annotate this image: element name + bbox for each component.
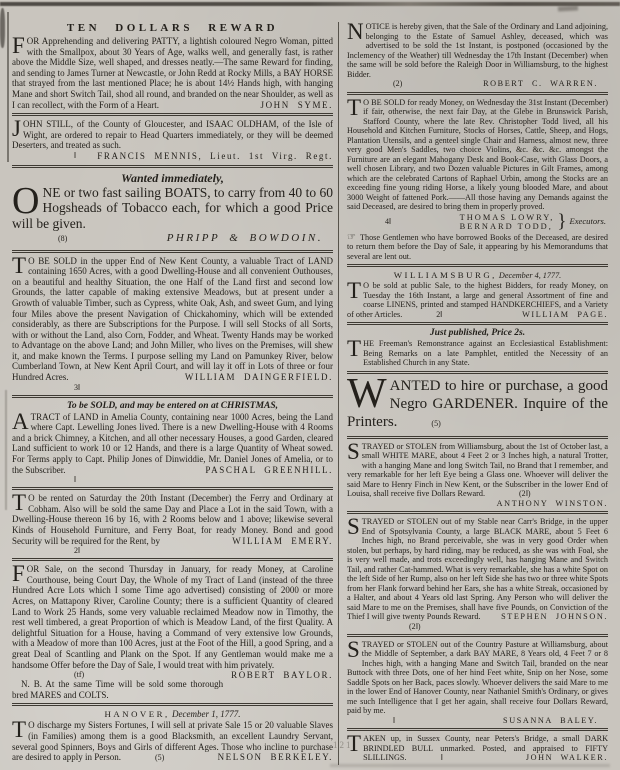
advert-dateline: HANOVER, December 1, 1777. — [12, 709, 333, 720]
insertion-mark: 2‖ — [74, 546, 333, 555]
insertion-mark: 3‖ — [74, 383, 333, 392]
advert-amelia-tract: To be SOLD, and may be entered on at CHR… — [12, 395, 333, 485]
advert-taken-up-bull: TAKEN up, in Sussex County, near Peters'… — [347, 728, 608, 763]
advert-text: HE Freeman's Remonstrance against an Ecc… — [363, 339, 608, 367]
advert-linens-sale: WILLIAMSBURG, December 4, 1777. TO be so… — [347, 264, 608, 319]
advert-body: WANTED to hire or purchase, a good Negro… — [347, 377, 608, 433]
drop-cap: T — [12, 256, 28, 276]
drop-cap: T — [12, 493, 28, 513]
right-column: NOTICE is hereby given, that the Sale of… — [338, 22, 608, 765]
manicule-icon: ☞ — [347, 232, 356, 243]
advert-body: THE Freeman's Remonstrance against an Ec… — [347, 339, 608, 368]
drop-cap: F — [12, 36, 27, 56]
scan-artifact-top-right-smudge — [558, 5, 578, 11]
insertion-mark: ‖ — [441, 753, 443, 763]
newspaper-page: TEN DOLLARS REWARD FOR Apprehending and … — [0, 0, 620, 770]
advert-john-still: JOHN STILL, of the County of Gloucester,… — [12, 113, 333, 161]
dateline-place: WILLIAMSBURG, — [394, 270, 497, 280]
advert-boats-wanted: Wanted immediately, ONE or two fast sail… — [12, 165, 333, 247]
advert-signature: JOHN SYME. — [260, 100, 333, 111]
drop-cap: J — [12, 119, 23, 139]
brace-glyph: } — [557, 213, 566, 231]
advert-heading: Just published, Price 2s. — [347, 328, 608, 339]
advert-body: TAKEN up, in Sussex County, near Peters'… — [347, 734, 608, 763]
scan-artifact-left-edge-2 — [5, 390, 7, 510]
insertion-mark: (8) — [58, 231, 67, 247]
advert-signature: FRANCIS MENNIS, Lieut. 1st Virg. Regt. — [97, 151, 333, 162]
advert-signature: WILLIAM EMERY. — [232, 536, 333, 547]
dateline-date: December 4, 1777. — [499, 271, 561, 280]
column-container: TEN DOLLARS REWARD FOR Apprehending and … — [12, 22, 608, 765]
advert-body: TO discharge my Sisters Fortunes, I will… — [12, 720, 333, 763]
advert-strayed-bay-mare: STRAYED or STOLEN out of the Country Pas… — [347, 634, 608, 726]
advert-signature: SUSANNA BALEY. — [503, 716, 598, 726]
scan-artifact-top-streak — [0, 2, 620, 6]
insertion-mark: (2) — [393, 79, 402, 89]
drop-cap: N — [347, 22, 366, 42]
advert-glebe-estate-sale: TO BE SOLD for ready Money, on Wednesday… — [347, 92, 608, 262]
scan-artifact-left-edge — [7, 12, 9, 162]
advert-body: NOTICE is hereby given, that the Sale of… — [347, 22, 608, 79]
advert-text: TRAYED or STOLEN from Williamsburg, abou… — [347, 442, 608, 499]
executor-role: Executors. — [569, 217, 606, 227]
advert-body: JOHN STILL, of the County of Gloucester,… — [12, 119, 333, 151]
advert-headline: TEN DOLLARS REWARD — [12, 22, 333, 35]
dateline-date: December 1, 1777. — [172, 709, 240, 719]
advert-heading: Wanted immediately, — [12, 171, 333, 185]
advert-signature: JOHN WALKER. — [526, 753, 608, 763]
insertion-mark: (5) — [431, 415, 440, 433]
advert-body: STRAYED or STOLEN out of the Country Pas… — [347, 640, 608, 716]
page-number: 121 — [333, 740, 353, 750]
insertion-mark: (5) — [155, 753, 164, 764]
advert-hanover-slaves: HANOVER, December 1, 1777. TO discharge … — [12, 703, 333, 763]
insertion-mark: ‖ — [74, 475, 333, 484]
advert-text: TRAYED or STOLEN out of my Stable near C… — [347, 517, 608, 621]
insertion-mark: 2‖ — [436, 310, 442, 320]
advert-body: TO BE SOLD in the upper End of New Kent … — [12, 256, 333, 383]
drop-cap: S — [347, 442, 362, 462]
advert-body: TO be sold at public Sale, to the highes… — [347, 281, 608, 319]
note-text: Those Gentlemen who have borrowed Books … — [347, 233, 608, 261]
advert-signature: PASCHAL GREENHILL. — [205, 465, 333, 476]
advert-text: O BE SOLD for ready Money, on Wednesday … — [347, 98, 608, 212]
advert-note: ☞Those Gentlemen who have borrowed Books… — [347, 233, 608, 262]
advert-body: STRAYED or STOLEN out of my Stable near … — [347, 517, 608, 622]
executor-name: BERNARD TODD, — [460, 222, 555, 232]
insertion-mark: (2‖) — [519, 489, 531, 499]
drop-cap: T — [12, 720, 28, 740]
advert-signature: WILLIAM DAINGERFIELD. — [185, 372, 333, 383]
signature-row: (2) ROBERT C. WARREN. — [347, 79, 608, 89]
insertion-mark: 4‖ — [385, 217, 391, 227]
advert-text: NE or two fast sailing BOATS, to carry f… — [12, 185, 333, 231]
advert-gardener-wanted: WANTED to hire or purchase, a good Negro… — [347, 371, 608, 433]
drop-cap: S — [347, 517, 362, 537]
executors-block: 4‖ THOMAS LOWRY, BERNARD TODD, } Executo… — [347, 213, 606, 232]
advert-signature: PHRIPP & BOWDOIN. — [167, 231, 323, 247]
advert-text: OR Apprehending and delivering PATTY, a … — [12, 36, 333, 110]
signature-row: ‖ SUSANNA BALEY. — [347, 716, 608, 726]
advert-ten-dollars-reward: TEN DOLLARS REWARD FOR Apprehending and … — [12, 22, 333, 110]
executor-names: THOMAS LOWRY, BERNARD TODD, — [460, 213, 555, 232]
drop-cap: F — [12, 564, 27, 584]
executor-name: THOMAS LOWRY, — [460, 213, 555, 223]
advert-signature: NELSON BERKELEY. — [218, 752, 333, 763]
advert-signature: ROBERT BAYLOR. — [231, 670, 333, 681]
advert-strayed-black-mare: STRAYED or STOLEN out of my Stable near … — [347, 511, 608, 631]
advert-signature: STEPHEN JOHNSON. — [501, 612, 608, 622]
advert-postscript: N. B. At the same Time will be sold some… — [12, 679, 333, 700]
advert-signature: ROBERT C. WARREN. — [483, 79, 598, 89]
advert-signature: ANTHONY WINSTON. — [497, 499, 608, 509]
advert-ashley-sale-notice: NOTICE is hereby given, that the Sale of… — [347, 22, 608, 89]
advert-strayed-white-mare: STRAYED or STOLEN from Williamsburg, abo… — [347, 436, 608, 509]
drop-cap: T — [347, 339, 363, 359]
advert-body: FOR Sale, on the second Thursday in Janu… — [12, 564, 333, 670]
advert-body: STRAYED or STOLEN from Williamsburg, abo… — [347, 442, 608, 499]
advert-cobham-ferry: TO be rented on Saturday the 20th Instan… — [12, 487, 333, 555]
advert-text: OR Sale, on the second Thursday in Janua… — [12, 564, 333, 669]
advert-body: TO BE SOLD for ready Money, on Wednesday… — [347, 98, 608, 212]
advert-new-kent-land: TO BE SOLD in the upper End of New Kent … — [12, 250, 333, 392]
advert-text: TRAYED or STOLEN out of the Country Past… — [347, 640, 608, 716]
drop-cap: S — [347, 640, 362, 660]
advert-caroline-sale: FOR Sale, on the second Thursday in Janu… — [12, 558, 333, 700]
signature-row: (8) PHRIPP & BOWDOIN. — [12, 231, 333, 247]
drop-cap: O — [12, 185, 42, 216]
advert-text: OHN STILL, of the County of Gloucester, … — [12, 119, 333, 150]
advert-text: O BE SOLD in the upper End of New Kent C… — [12, 256, 333, 383]
drop-cap: T — [347, 281, 363, 301]
insertion-mark: (2‖) — [409, 622, 608, 631]
advert-body: ATRACT of LAND in Amelia County, contain… — [12, 412, 333, 476]
left-column: TEN DOLLARS REWARD FOR Apprehending and … — [12, 22, 338, 765]
advert-text: OTICE is hereby given, that the Sale of … — [347, 22, 608, 79]
advert-dateline: WILLIAMSBURG, December 4, 1777. — [347, 270, 608, 281]
drop-cap: A — [12, 412, 31, 432]
advert-heading: To be SOLD, and may be entered on at CHR… — [12, 401, 333, 412]
drop-cap: W — [347, 377, 390, 411]
advert-body: FOR Apprehending and delivering PATTY, a… — [12, 36, 333, 110]
insertion-mark: ‖ — [393, 716, 395, 726]
advert-pamphlet-published: Just published, Price 2s. THE Freeman's … — [347, 322, 608, 368]
scan-artifact-corner-blob — [0, 8, 5, 48]
advert-body: TO be rented on Saturday the 20th Instan… — [12, 493, 333, 546]
advert-body: ONE or two fast sailing BOATS, to carry … — [12, 185, 333, 232]
advert-signature: WILLIAM PAGE. — [522, 310, 608, 320]
drop-cap: T — [347, 98, 363, 118]
dateline-place: HANOVER, — [105, 709, 170, 719]
